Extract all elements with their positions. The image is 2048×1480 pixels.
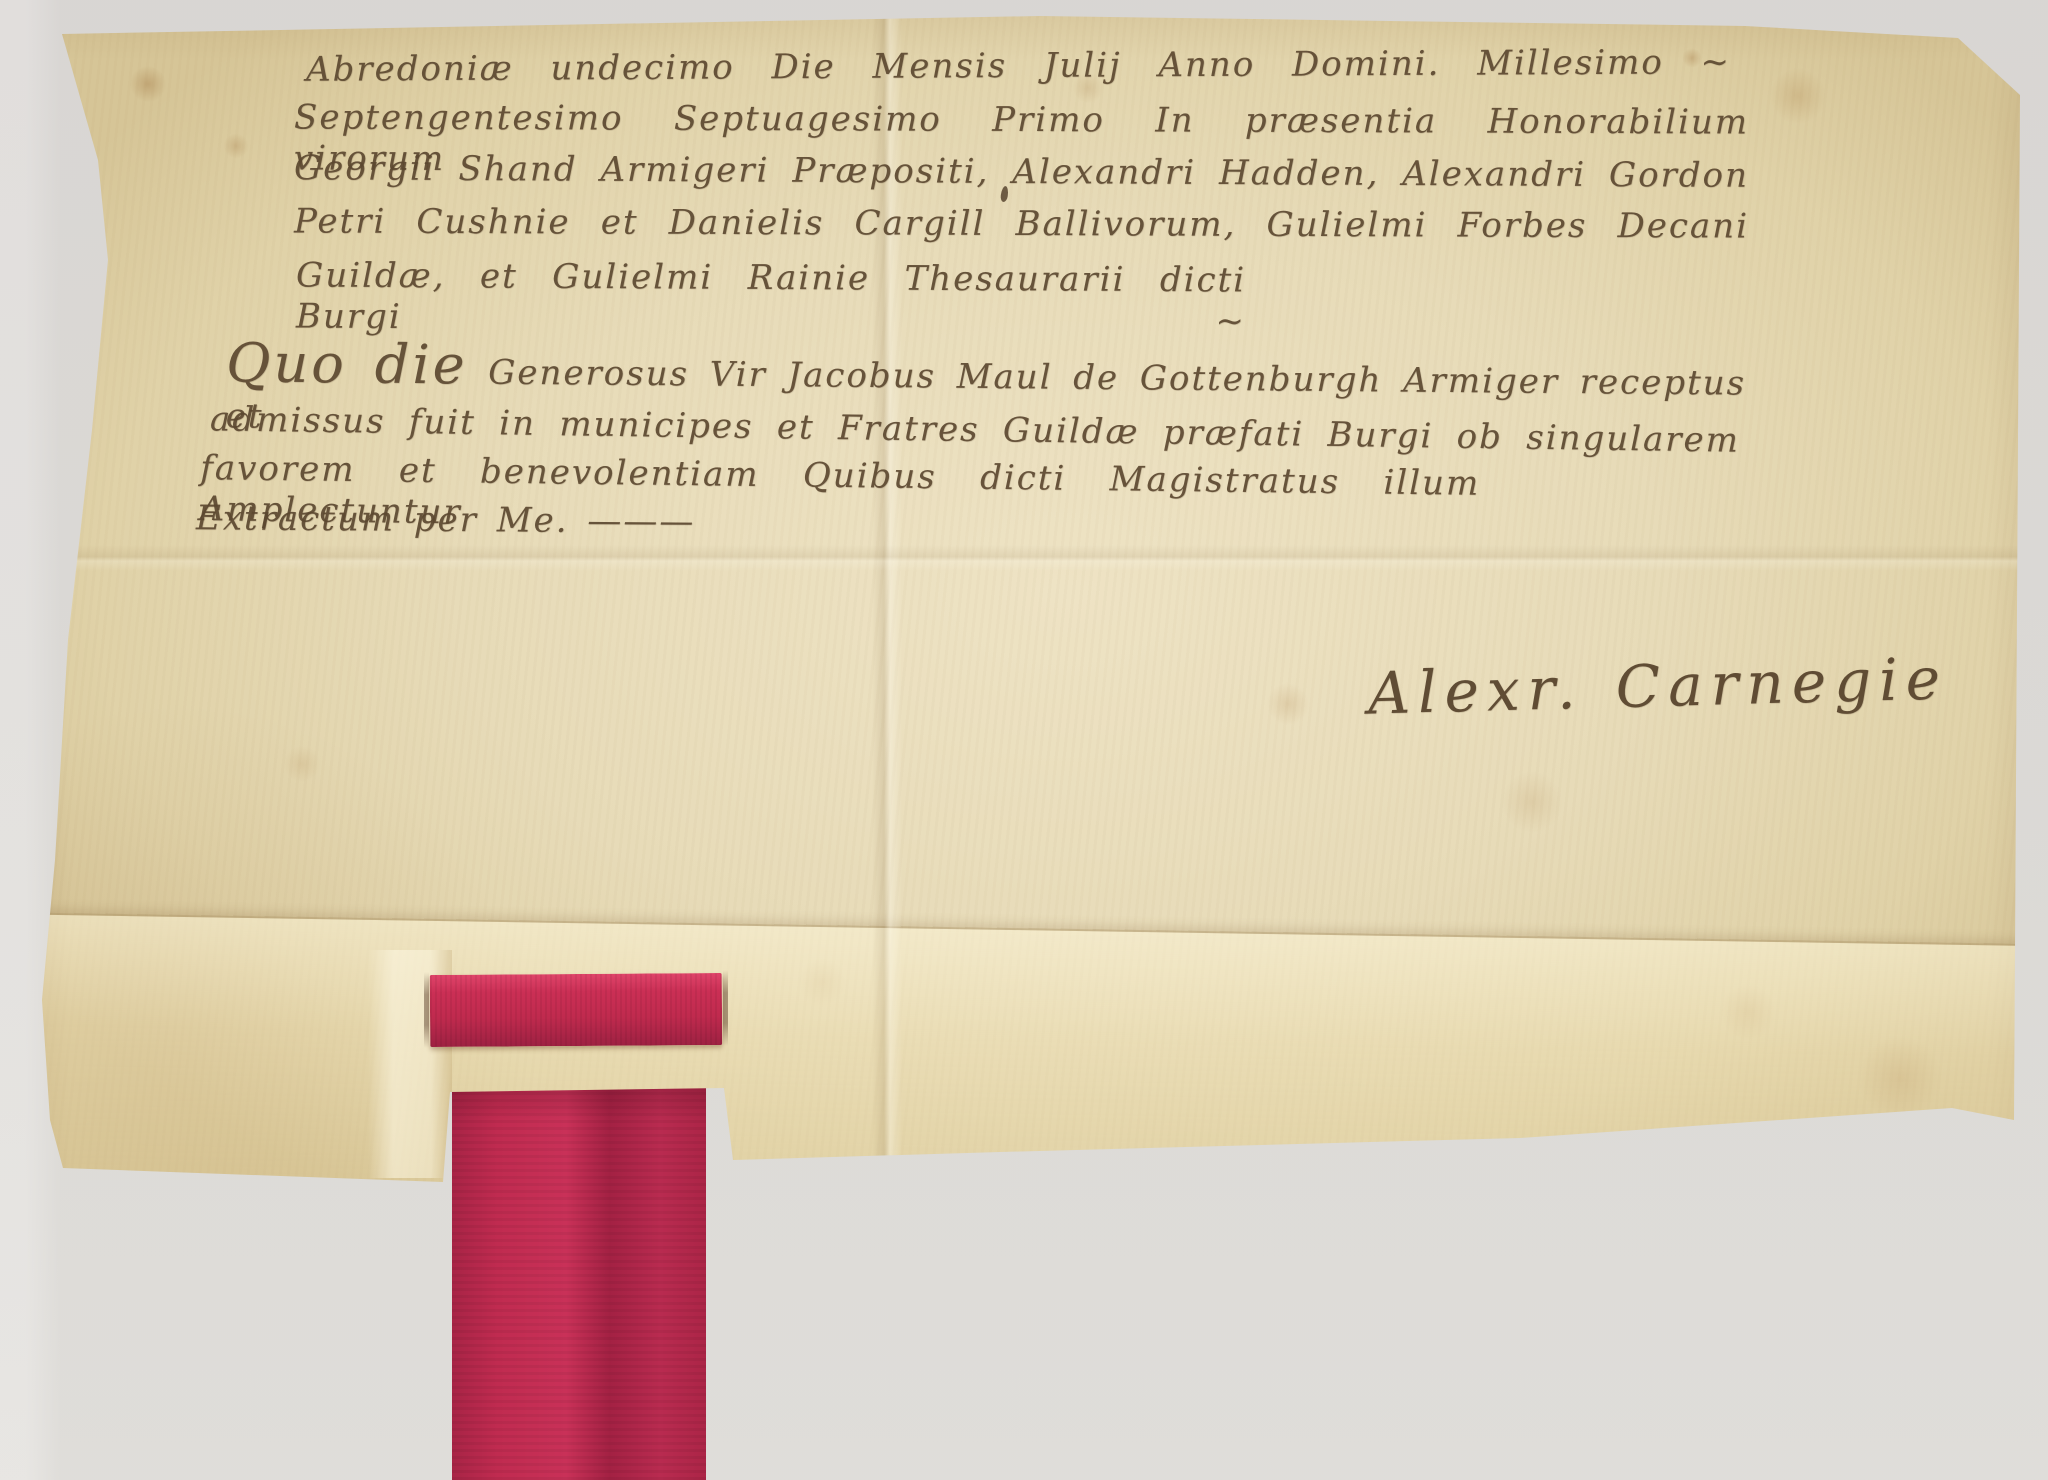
manuscript-line-4: Petri Cushnie et Danielis Cargill Balliv…: [294, 201, 1749, 247]
manuscript-line-1: Abredoniæ undecimo Die Mensis Julij Anno…: [306, 42, 1731, 90]
quo-die-opening: Quo die: [226, 331, 468, 396]
manuscript-line-5: Guildæ, et Gulielmi Rainie Thesaurarii d…: [296, 256, 1246, 343]
scan-background: Abredoniæ undecimo Die Mensis Julij Anno…: [0, 0, 2048, 1480]
ribbon-vertical: [452, 1056, 706, 1480]
signature: Alexr. Carnegie: [1367, 644, 1949, 729]
ribbon-horizontal: [430, 973, 722, 1047]
ribbon-slit-left: [424, 972, 429, 1048]
ribbon-slit-right: [723, 970, 728, 1046]
horizontal-crease: [0, 545, 2048, 571]
manuscript-line-9: Extractum per Me. ———: [196, 498, 696, 542]
manuscript-line-3: Georgii Shand Armigeri Præpositi, Alexan…: [294, 148, 1749, 196]
fold-plica: [0, 912, 2048, 1218]
parchment-document: Abredoniæ undecimo Die Mensis Julij Anno…: [0, 0, 2048, 1480]
